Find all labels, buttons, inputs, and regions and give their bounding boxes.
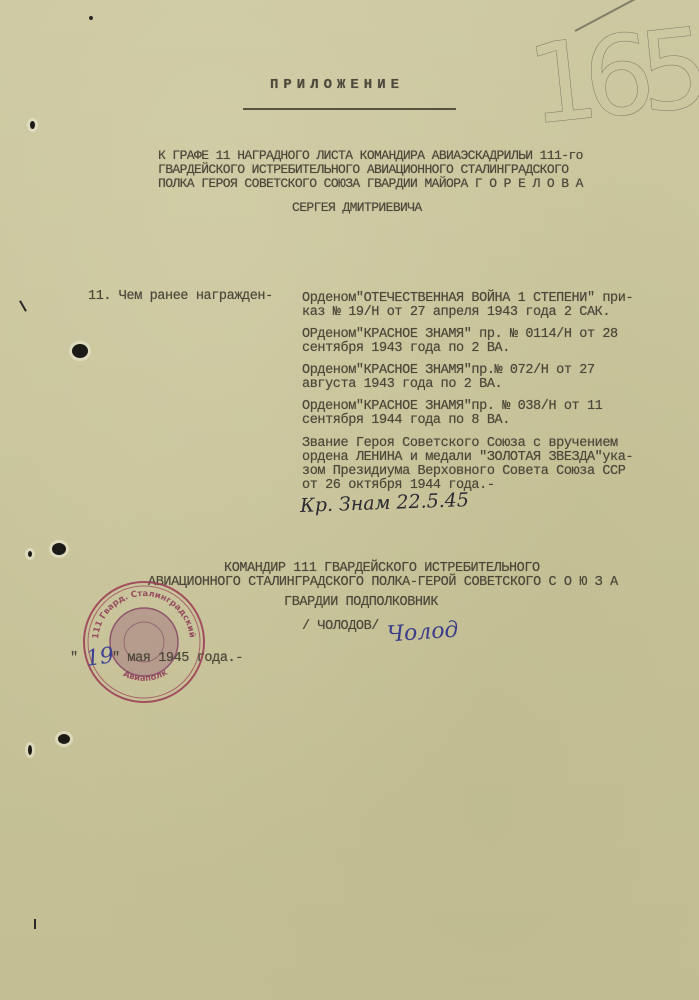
heading-line: ГВАРДЕЙСКОГО ИСТРЕБИТЕЛЬНОГО АВИАЦИОННОГ… — [158, 163, 568, 177]
punch-hole — [58, 734, 70, 744]
date-day-handwritten: 19 — [84, 643, 115, 672]
document-page: 165 ПРИЛОЖЕНИЕ К ГРАФЕ 11 НАГРАДНОГО ЛИС… — [0, 0, 699, 1000]
award-line: зом Президиума Верховного Совета Союза С… — [302, 465, 625, 479]
official-stamp: 111 Гвард. Сталинградский Истребительный… — [80, 580, 208, 704]
award-line: августа 1943 года по 2 ВА. — [302, 378, 502, 392]
punch-hole — [28, 745, 32, 755]
tear-mark — [34, 919, 36, 929]
award-line: сентября 1944 года по 8 ВА. — [302, 414, 510, 428]
award-line: Орденом"ОТЕЧЕСТВЕННАЯ ВОЙНА 1 СТЕПЕНИ" п… — [302, 292, 633, 306]
title-underline — [243, 108, 456, 110]
punch-hole — [30, 121, 35, 129]
award-line: сентября 1943 года по 2 ВА. — [302, 342, 510, 356]
award-line: каз № 19/Н от 27 апреля 1943 года 2 САК. — [302, 306, 610, 320]
date-text: " мая 1945 года.- — [112, 652, 243, 666]
archive-page-number: 165 — [523, 14, 699, 141]
punch-hole — [28, 551, 32, 557]
heading-line: СЕРГЕЯ ДМИТРИЕВИЧА — [292, 201, 422, 215]
document-title: ПРИЛОЖЕНИЕ — [270, 78, 404, 92]
handwritten-note: Кр. Знам 22.5.45 — [300, 489, 470, 517]
commander-name: / ЧОЛОДОВ/ — [302, 620, 379, 634]
section-label: 11. Чем ранее награжден- — [88, 290, 273, 304]
award-line: Орденом"КРАСНОЕ ЗНАМЯ"пр.№ 072/Н от 27 — [302, 364, 595, 378]
commander-signature: Чолод — [386, 618, 459, 648]
date-quote: " — [70, 652, 78, 666]
award-line: ордена ЛЕНИНА и медали "ЗОЛОТАЯ ЗВЕЗДА"у… — [302, 451, 633, 465]
signature-line: ГВАРДИИ ПОДПОЛКОВНИК — [284, 596, 438, 610]
award-line: Орденом"КРАСНОЕ ЗНАМЯ"пр. № 038/Н от 11 — [302, 400, 602, 414]
tear-mark — [19, 300, 27, 311]
signature-line: КОМАНДИР 111 ГВАРДЕЙСКОГО ИСТРЕБИТЕЛЬНОГ… — [224, 562, 540, 576]
heading-line: ПОЛКА ГЕРОЯ СОВЕТСКОГО СОЮЗА ГВАРДИИ МАЙ… — [158, 177, 583, 191]
heading-line: К ГРАФЕ 11 НАГРАДНОГО ЛИСТА КОМАНДИРА АВ… — [158, 149, 583, 163]
punch-hole — [52, 543, 66, 555]
award-line: Звание Героя Советского Союза с вручение… — [302, 437, 618, 451]
signature-line: АВИАЦИОННОГО СТАЛИНГРАДСКОГО ПОЛКА-ГЕРОЙ… — [148, 576, 618, 590]
award-line: ОРденом"КРАСНОЕ ЗНАМЯ" пр. № 0114/Н от 2… — [302, 328, 618, 342]
speck — [89, 16, 93, 20]
punch-hole — [72, 344, 88, 358]
